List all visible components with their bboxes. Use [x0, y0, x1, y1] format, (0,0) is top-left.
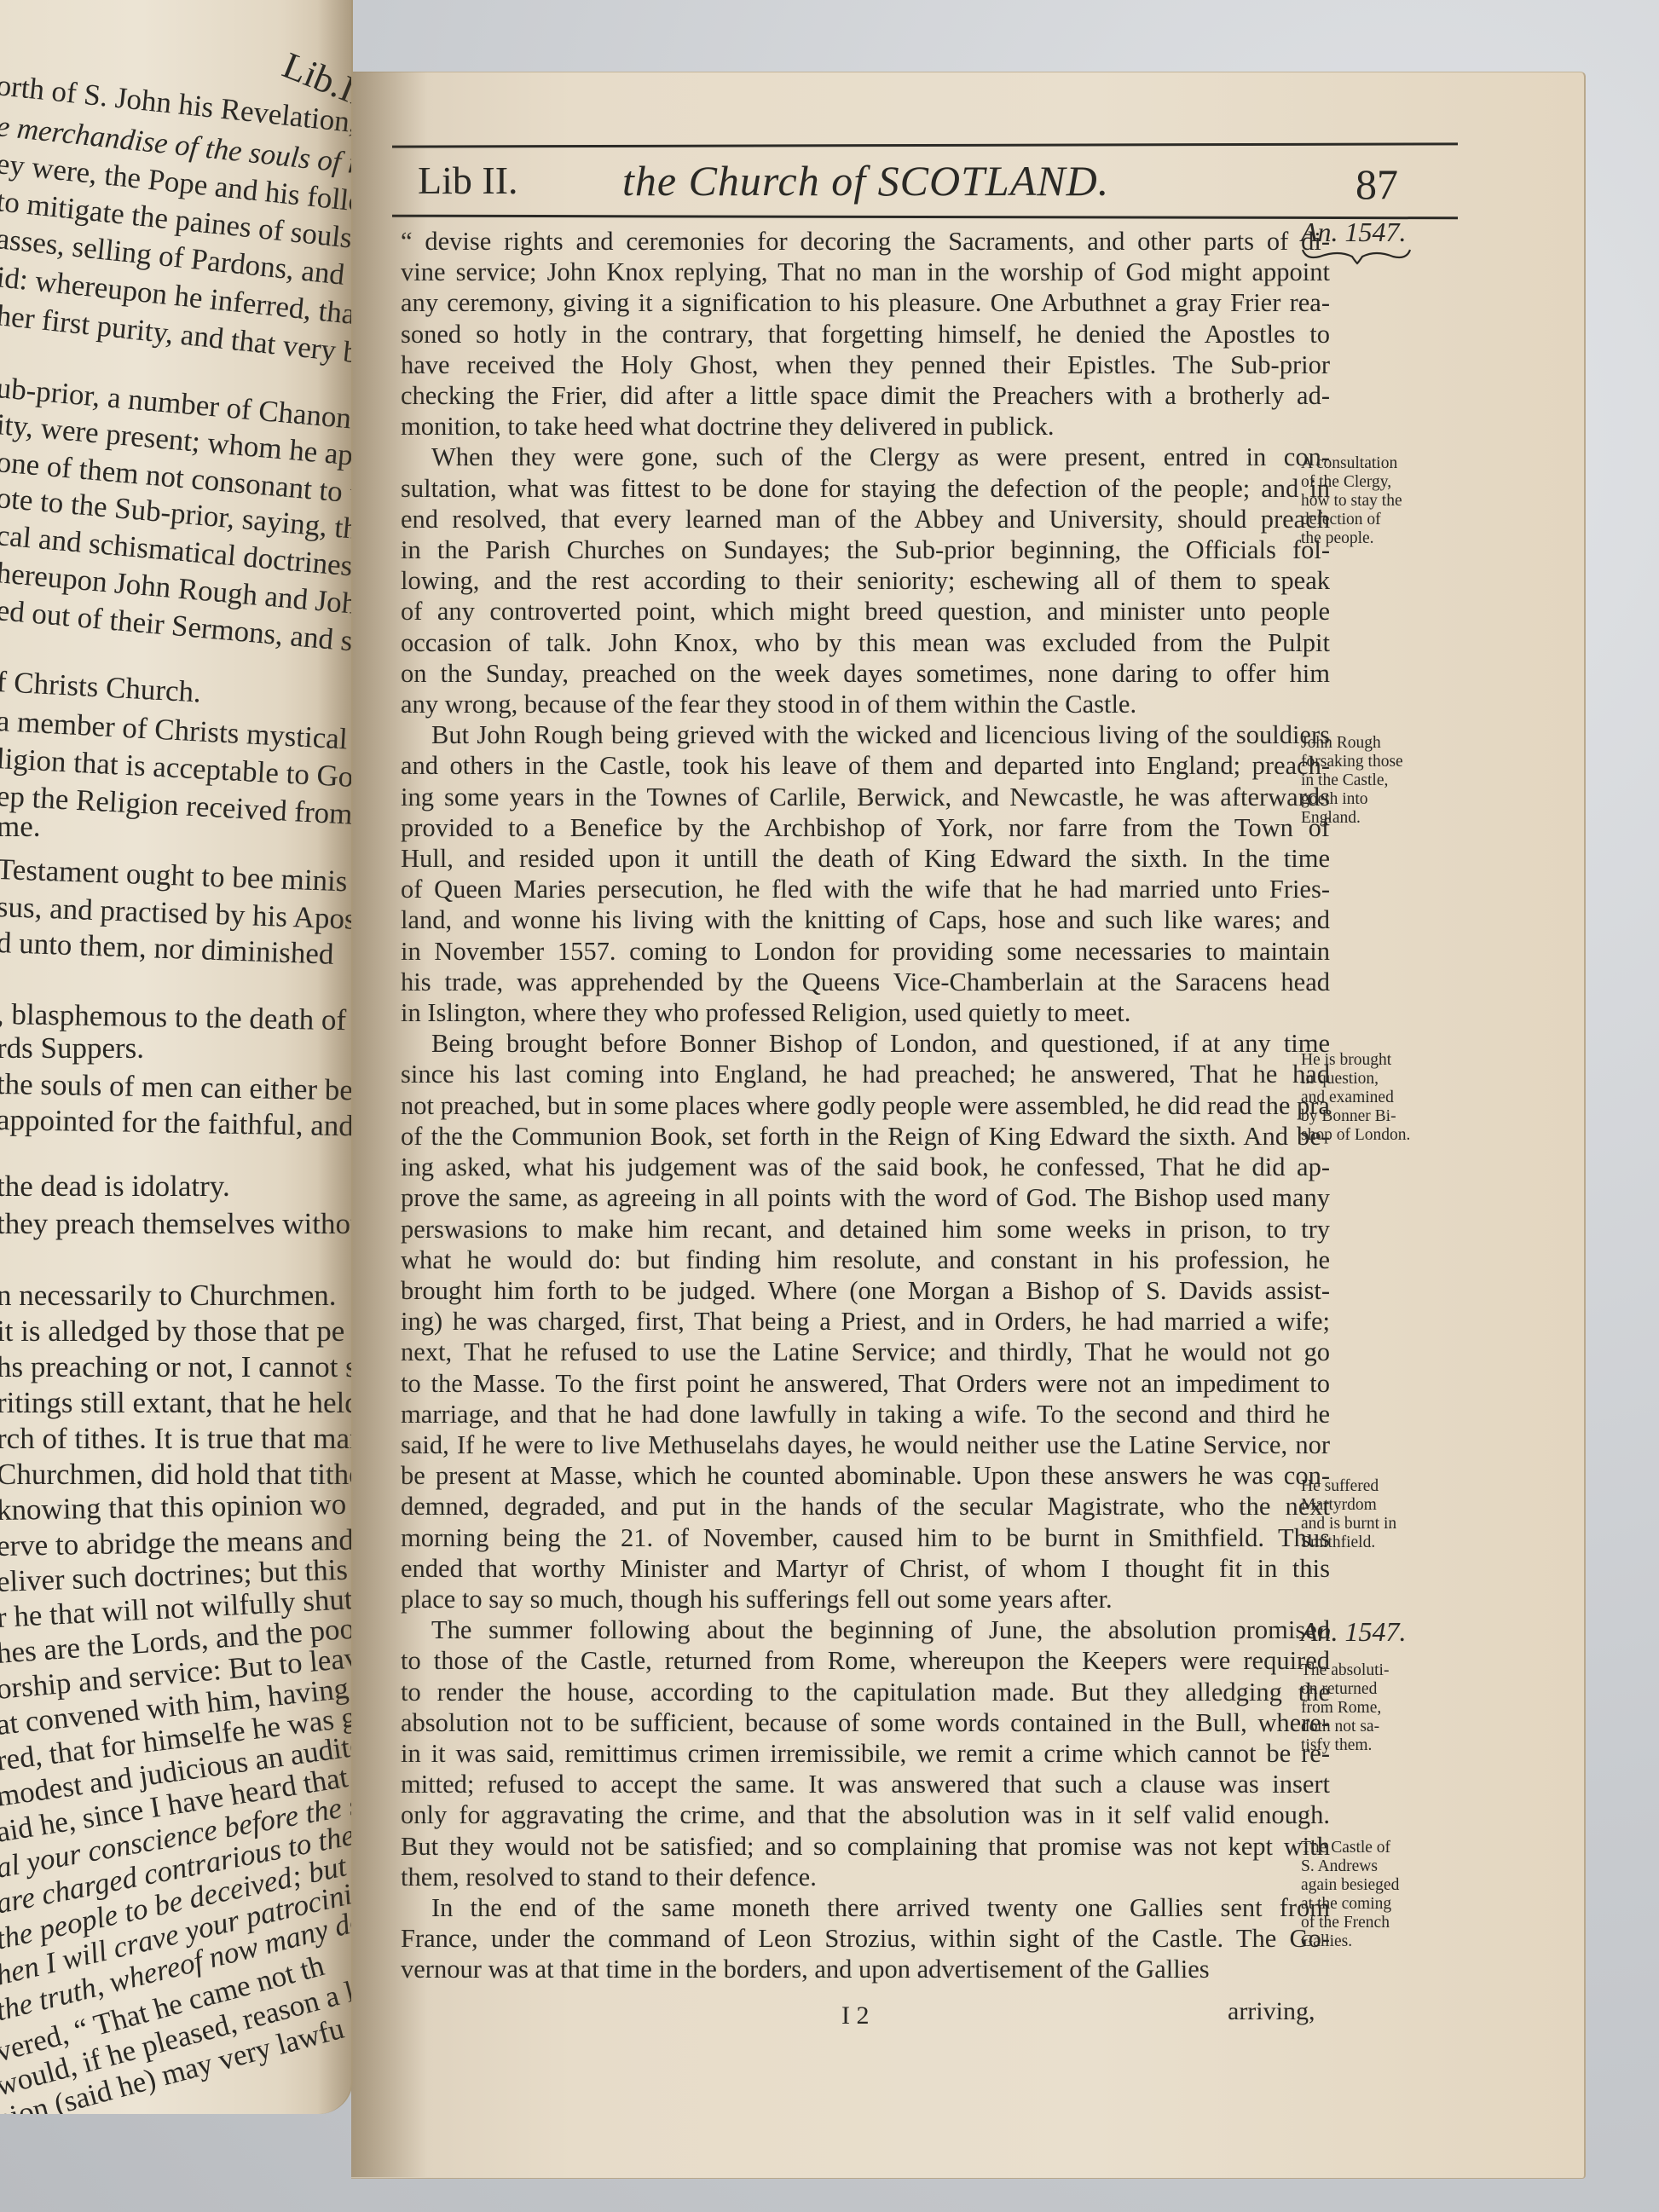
- text-line: brought him forth to be judged. Where (o…: [401, 1275, 1330, 1306]
- margin-note-line: He suffered: [1301, 1477, 1446, 1496]
- margin-note-line: goeth into: [1301, 790, 1446, 809]
- verso-text-line: knowing that this opinion wo: [0, 1487, 347, 1528]
- text-line: monition, to take heed what doctrine the…: [401, 411, 1330, 442]
- text-line: of any controverted point, which might b…: [401, 596, 1330, 627]
- margin-note-line: again besieged: [1301, 1876, 1446, 1895]
- margin-note-line: at the coming: [1301, 1895, 1446, 1914]
- text-line: land, and wonne his living with the knit…: [401, 904, 1330, 935]
- text-line: lowing, and the rest according to their …: [401, 565, 1330, 596]
- page-number: 87: [1356, 159, 1398, 209]
- text-line: In the end of the same moneth there arri…: [401, 1892, 1330, 1923]
- text-line: of the the Communion Book, set forth in …: [401, 1121, 1330, 1152]
- text-line: place to say so much, though his sufferi…: [401, 1584, 1330, 1614]
- text-line: since his last coming into England, he h…: [401, 1059, 1330, 1089]
- verso-text-line: the souls of men can either be p: [0, 1067, 353, 1108]
- verso-text-line: hs preaching or not, I cannot say,: [0, 1350, 353, 1384]
- margin-year: An. 1547.: [1301, 222, 1446, 265]
- margin-note-line: S. Andrews: [1301, 1857, 1446, 1876]
- text-line: to render the house, according to the ca…: [401, 1677, 1330, 1707]
- text-line: of Queen Maries persecution, he fled wit…: [401, 874, 1330, 904]
- text-line: demned, degraded, and put in the hands o…: [401, 1491, 1330, 1522]
- margin-note-line: from Rome,: [1301, 1699, 1446, 1718]
- verso-text-line: ritings still extant, that he held: [0, 1386, 353, 1420]
- paragraph: But John Rough being grieved with the wi…: [401, 719, 1330, 1028]
- text-line: to the Masse. To the first point he answ…: [401, 1368, 1330, 1399]
- margin-note-line: The absoluti-: [1301, 1661, 1446, 1680]
- verso-text-line: it is alledged by those that pe: [0, 1314, 344, 1349]
- text-line: But John Rough being grieved with the wi…: [401, 719, 1330, 750]
- text-line: Hull, and resided upon it untill the dea…: [401, 843, 1330, 874]
- margin-note-line: Smithfield.: [1301, 1533, 1446, 1552]
- text-line: checking the Frier, did after a little s…: [401, 380, 1330, 411]
- text-line: not preached, but in some places where g…: [401, 1090, 1330, 1121]
- margin-note-line: The Castle of: [1301, 1839, 1446, 1857]
- text-line: in Islington, where they who professed R…: [401, 997, 1330, 1028]
- running-head-bottom-rule: [392, 215, 1458, 220]
- verso-text-line: me.: [0, 810, 41, 844]
- text-line: have received the Holy Ghost, when they …: [401, 349, 1330, 380]
- main-text-column: “ devise rights and ceremonies for decor…: [401, 226, 1330, 1985]
- text-line: any ceremony, giving it a signification …: [401, 287, 1330, 318]
- text-line: Being brought before Bonner Bishop of Lo…: [401, 1028, 1330, 1059]
- verso-text-line: the dead is idolatry.: [0, 1170, 230, 1204]
- margin-year: An. 1547.: [1301, 1622, 1446, 1646]
- text-line: occasion of talk. John Knox, who by this…: [401, 627, 1330, 658]
- margin-note: John Roughforsaking thosein the Castle,g…: [1301, 734, 1446, 828]
- text-line: in it was said, remittimus crimen irremi…: [401, 1738, 1330, 1769]
- margin-note-line: in question,: [1301, 1070, 1446, 1089]
- margin-note: He sufferedMartyrdomand is burnt inSmith…: [1301, 1477, 1446, 1552]
- margin-note-line: defection of: [1301, 511, 1446, 529]
- running-head-title: the Church of SCOTLAND.: [622, 156, 1109, 205]
- running-head: Lib II. the Church of SCOTLAND. 87: [401, 147, 1449, 209]
- margin-note-line: Gallies.: [1301, 1932, 1446, 1951]
- margin-note-line: John Rough: [1301, 734, 1446, 753]
- margin-note-line: A consultation: [1301, 454, 1446, 473]
- margin-note: The absoluti-on returnedfrom Rome,doth n…: [1301, 1661, 1446, 1755]
- text-line: be present at Masse, which he counted ab…: [401, 1460, 1330, 1491]
- text-line: end resolved, that every learned man of …: [401, 504, 1330, 534]
- text-line: sultation, what was fittest to be done f…: [401, 473, 1330, 504]
- text-line: said, If he were to live Methuselahs day…: [401, 1429, 1330, 1460]
- text-line: his trade, was apprehended by the Queens…: [401, 967, 1330, 997]
- margin-note: The Castle ofS. Andrewsagain besiegedat …: [1301, 1839, 1446, 1951]
- verso-text-line: appointed for the faithful, and: [0, 1103, 353, 1143]
- running-head-book: Lib II.: [418, 158, 518, 203]
- text-line: provided to a Benefice by the Archbishop…: [401, 812, 1330, 843]
- text-line: next, That he refused to use the Latine …: [401, 1337, 1330, 1367]
- margin-note: He is broughtin question,and examinedby …: [1301, 1051, 1446, 1145]
- text-line: to those of the Castle, returned from Ro…: [401, 1645, 1330, 1676]
- verso-text-line: n necessarily to Churchmen.: [0, 1279, 337, 1313]
- text-line: in November 1557. coming to London for p…: [401, 936, 1330, 967]
- text-line: vernour was at that time in the borders,…: [401, 1954, 1330, 1984]
- text-line: mitted; refused to accept the same. It w…: [401, 1769, 1330, 1799]
- margin-note-line: how to stay the: [1301, 492, 1446, 511]
- margin-note-line: of the French: [1301, 1914, 1446, 1932]
- margin-note-line: Martyrdom: [1301, 1496, 1446, 1515]
- text-line: ended that worthy Minister and Martyr of…: [401, 1553, 1330, 1584]
- year-label: An. 1547.: [1301, 1616, 1407, 1647]
- text-line: in the Parish Churches on Sundayes; the …: [401, 534, 1330, 565]
- margin-note-line: and is burnt in: [1301, 1515, 1446, 1533]
- verso-text-line: rds Suppers.: [0, 1031, 144, 1066]
- text-line: them, resolved to stand to their defence…: [401, 1862, 1330, 1892]
- text-line: perswasions to make him recant, and deta…: [401, 1214, 1330, 1245]
- margin-note-line: in the Castle,: [1301, 771, 1446, 790]
- year-label: An. 1547.: [1301, 217, 1407, 247]
- text-line: what he would do: but finding him resolu…: [401, 1245, 1330, 1275]
- recto-page: Lib II. the Church of SCOTLAND. 87 “ dev…: [351, 72, 1586, 2179]
- text-line: But they would not be satisfied; and so …: [401, 1831, 1330, 1862]
- verso-text-line: rch of tithes. It is true that many: [0, 1422, 353, 1456]
- margin-note-line: tisfy them.: [1301, 1736, 1446, 1755]
- margin-note-line: the people.: [1301, 529, 1446, 548]
- margin-note-line: by Bonner Bi-: [1301, 1107, 1446, 1126]
- text-line: on the Sunday, preached on the week daye…: [401, 658, 1330, 689]
- verso-text-line: f Christs Church.: [0, 665, 202, 710]
- text-line: morning being the 21. of November, cause…: [401, 1522, 1330, 1553]
- text-line: absolution not to be sufficient, because…: [401, 1707, 1330, 1738]
- paragraph: When they were gone, such of the Clergy …: [401, 442, 1330, 719]
- verso-text-line: Churchmen, did hold that tithes: [0, 1458, 353, 1492]
- text-line: When they were gone, such of the Clergy …: [401, 442, 1330, 472]
- catchword: arriving,: [1228, 1997, 1315, 2026]
- margin-note-line: doth not sa-: [1301, 1718, 1446, 1736]
- paragraph: In the end of the same moneth there arri…: [401, 1892, 1330, 1985]
- margin-note-line: shop of London.: [1301, 1126, 1446, 1145]
- paragraph: The summer following about the beginning…: [401, 1614, 1330, 1892]
- text-line: any wrong, because of the fear they stoo…: [401, 689, 1330, 719]
- text-line: soned so hotly in the contrary, that for…: [401, 319, 1330, 349]
- decorative-brace-icon: [1301, 246, 1412, 265]
- verso-curl-shade: [317, 0, 351, 2114]
- verso-page: orth of S. John his Revelation, whee mer…: [0, 0, 353, 2114]
- text-line: only for aggravating the crime, and that…: [401, 1799, 1330, 1830]
- text-line: vine service; John Knox replying, That n…: [401, 257, 1330, 287]
- text-line: The summer following about the beginning…: [401, 1614, 1330, 1645]
- text-line: ing asked, what his judgement was of the…: [401, 1152, 1330, 1182]
- margin-note-line: on returned: [1301, 1680, 1446, 1699]
- margin-note-line: forsaking those: [1301, 753, 1446, 771]
- margin-note: A consultationof the Clergy,how to stay …: [1301, 454, 1446, 548]
- paragraph: “ devise rights and ceremonies for decor…: [401, 226, 1330, 442]
- margin-note-line: England.: [1301, 809, 1446, 828]
- margin-note-line: and examined: [1301, 1089, 1446, 1107]
- margin-note-line: He is brought: [1301, 1051, 1446, 1070]
- text-line: France, under the command of Leon Strozi…: [401, 1923, 1330, 1954]
- text-line: and others in the Castle, took his leave…: [401, 750, 1330, 781]
- text-line: prove the same, as agreeing in all point…: [401, 1182, 1330, 1213]
- text-line: ing) he was charged, first, That being a…: [401, 1306, 1330, 1337]
- text-line: “ devise rights and ceremonies for decor…: [401, 226, 1330, 257]
- text-line: ing some years in the Townes of Carlile,…: [401, 782, 1330, 812]
- text-line: marriage, and that he had done lawfully …: [401, 1399, 1330, 1429]
- paragraph: Being brought before Bonner Bishop of Lo…: [401, 1028, 1330, 1614]
- signature-mark: I 2: [841, 2001, 870, 2030]
- margin-note-line: of the Clergy,: [1301, 473, 1446, 492]
- verso-text-line: they preach themselves withou: [0, 1207, 353, 1241]
